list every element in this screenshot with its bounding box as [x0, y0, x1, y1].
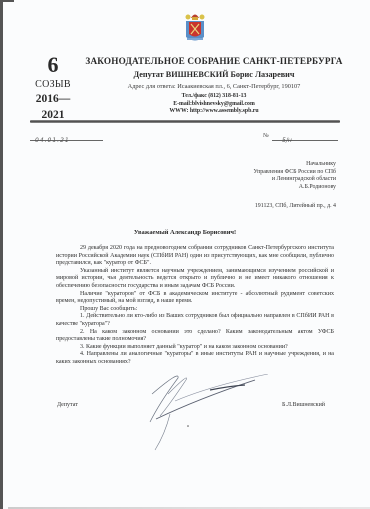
coat-of-arms-icon	[184, 11, 206, 45]
email-address: E-mail:blvishnevsky@gmail.com	[78, 101, 350, 109]
salutation: Уважаемый Александр Борисович!	[56, 229, 314, 236]
paragraph: Указанный институт является научным учре…	[56, 268, 334, 291]
number-label: №	[263, 133, 269, 139]
question-2: 2. На каком законном основании это сдела…	[56, 329, 334, 344]
scan-edge-left	[0, 0, 3, 509]
letter-body: 29 декабря 2020 года на предновогоднем с…	[56, 245, 334, 367]
question-4: 4. Направлены ли аналогичные "кураторы" …	[56, 351, 334, 366]
deputy-name: Депутат ВИШНЕВСКИЙ Борис Лазаревич	[78, 70, 350, 79]
signer-role: Депутат	[57, 402, 78, 408]
addressee-line: А.Б.Родионову	[253, 184, 336, 192]
paragraph: 29 декабря 2020 года на предновогоднем с…	[56, 245, 334, 268]
number-field: 5/н	[272, 129, 338, 141]
date-value: 04.01.21	[35, 137, 70, 144]
signer-name: Б.Л.Вишневский	[282, 402, 325, 408]
convocation-number: 6	[30, 55, 76, 75]
organization-name: ЗАКОНОДАТЕЛЬНОЕ СОБРАНИЕ САНКТ-ПЕТЕРБУРГ…	[78, 56, 350, 66]
question-3: 3. Какие функции выполняет данный "курат…	[56, 344, 334, 352]
convocation-block: 6 СОЗЫВ 2016— 2021	[30, 55, 76, 122]
website: WWW: http://www.assembly.spb.ru	[78, 108, 350, 116]
convocation-word: СОЗЫВ	[30, 79, 76, 90]
paragraph: Наличие "кураторов" от ФСБ в академическ…	[56, 291, 334, 306]
addressee-address: 191123, СПб, Литейный пр., д. 4	[255, 203, 336, 209]
handwritten-signature-icon	[140, 374, 280, 454]
question-1: 1. Действительно ли кто-либо из Ваших со…	[56, 313, 334, 328]
addressee-line: и Ленинградской области	[253, 176, 336, 184]
reply-address: Адрес для ответа: Исаакиевская пл., 6, С…	[78, 83, 350, 90]
date-field: 04.01.21	[30, 129, 103, 141]
number-value: 5/н	[282, 137, 292, 144]
letterhead-divider	[30, 120, 340, 123]
scan-edge-top	[0, 0, 14, 2]
addressee-block: Начальнику Управления ФСБ России по СПб …	[253, 161, 336, 191]
contact-block: Тел./факс (812) 318-81-13 E-mail:blvishn…	[78, 93, 350, 116]
addressee-line: Начальнику	[253, 161, 336, 169]
convocation-years-start: 2016—	[30, 93, 76, 106]
phone-fax: Тел./факс (812) 318-81-13	[78, 93, 350, 101]
